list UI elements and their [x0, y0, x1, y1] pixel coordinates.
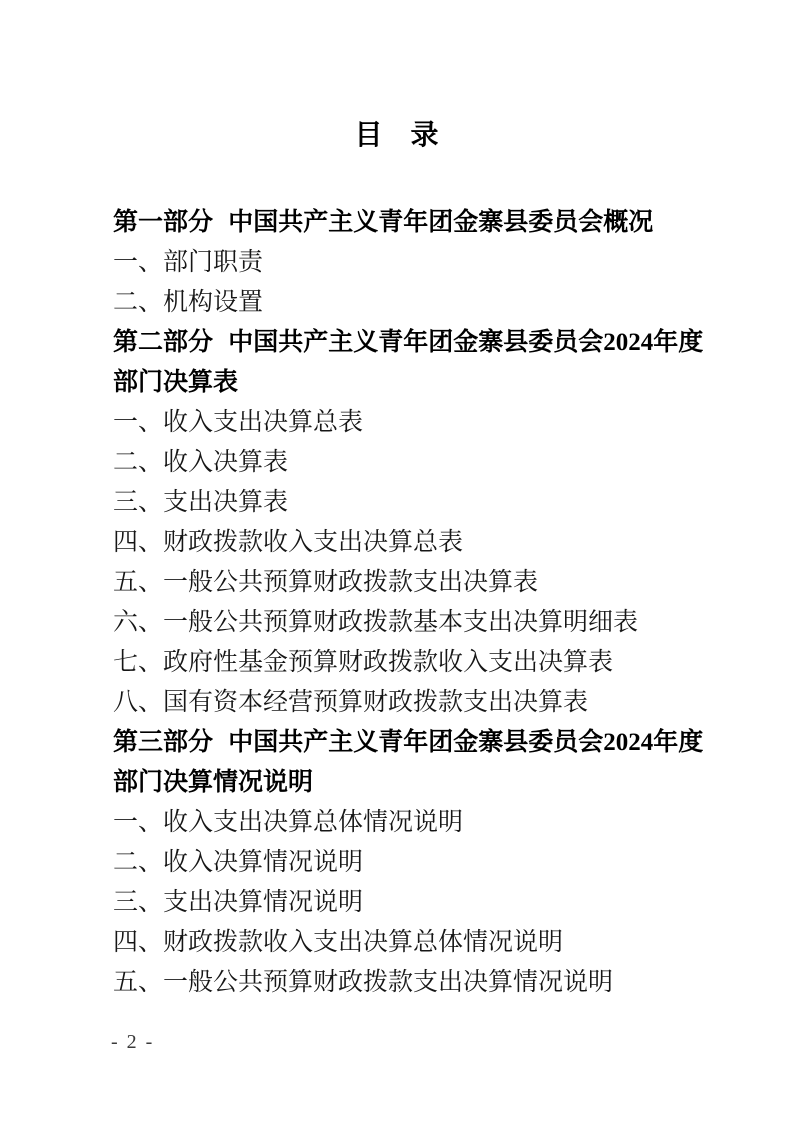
- toc-item: 四、财政拨款收入支出决算总体情况说明: [113, 923, 703, 963]
- toc-item: 二、机构设置: [113, 283, 703, 323]
- toc-item: 四、财政拨款收入支出决算总表: [113, 523, 703, 563]
- toc-item: 三、支出决算表: [113, 483, 703, 523]
- toc-item: 二、收入决算情况说明: [113, 843, 703, 883]
- toc-section-2-heading-line-1: 第二部分 中国共产主义青年团金寨县委员会2024年度: [113, 323, 703, 363]
- toc-item: 八、国有资本经营预算财政拨款支出决算表: [113, 683, 703, 723]
- toc-item: 五、一般公共预算财政拨款支出决算情况说明: [113, 963, 703, 1003]
- page-number: - 2 -: [111, 1029, 154, 1055]
- toc-item: 二、收入决算表: [113, 443, 703, 483]
- toc-item: 五、一般公共预算财政拨款支出决算表: [113, 563, 703, 603]
- document-page: 目 录 第一部分 中国共产主义青年团金寨县委员会概况 一、部门职责 二、机构设置…: [0, 0, 793, 1122]
- toc-section-2-heading-line-2: 部门决算表: [113, 363, 703, 403]
- toc-section-3-heading-line-2: 部门决算情况说明: [113, 763, 703, 803]
- toc-section-1-heading: 第一部分 中国共产主义青年团金寨县委员会概况: [113, 203, 703, 243]
- toc-item: 一、部门职责: [113, 243, 703, 283]
- page-title: 目 录: [0, 0, 793, 152]
- toc-item: 六、一般公共预算财政拨款基本支出决算明细表: [113, 603, 703, 643]
- toc-item: 三、支出决算情况说明: [113, 883, 703, 923]
- toc: 第一部分 中国共产主义青年团金寨县委员会概况 一、部门职责 二、机构设置 第二部…: [0, 203, 793, 1003]
- toc-section-3-heading-line-1: 第三部分 中国共产主义青年团金寨县委员会2024年度: [113, 723, 703, 763]
- toc-item: 七、政府性基金预算财政拨款收入支出决算表: [113, 643, 703, 683]
- toc-item: 一、收入支出决算总体情况说明: [113, 803, 703, 843]
- toc-item: 一、收入支出决算总表: [113, 403, 703, 443]
